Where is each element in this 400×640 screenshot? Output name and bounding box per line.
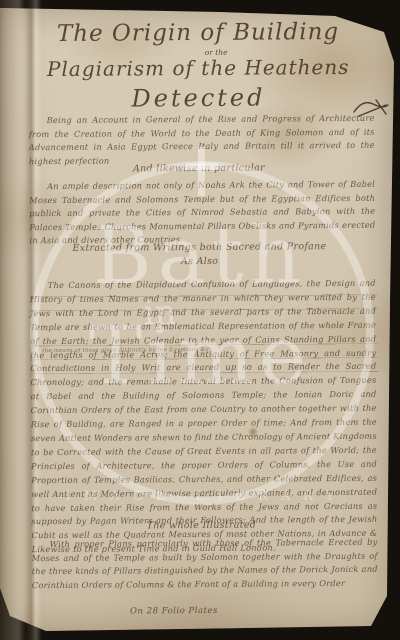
folio-note: On 28 Folio Plates xyxy=(130,606,270,617)
subheading-whole-illustrated: The whole Illustrated xyxy=(61,519,341,532)
manuscript-text: The Origin of Building or the Plagiarism… xyxy=(0,0,400,640)
subheading-extracted: Extracted from Writings both Sacred and … xyxy=(59,241,339,254)
intro-paragraph-text: Being an Account in General of the Rise … xyxy=(29,113,375,166)
body-paragraph: The Canons of the Dilapidated Confusion … xyxy=(30,277,378,558)
page-title-line1: The Origin of Building xyxy=(38,19,358,47)
illustrated-paragraph: With proper Plans particularly with thos… xyxy=(32,536,378,593)
particular-paragraph-text: An ample description not only of Noahs A… xyxy=(29,179,375,246)
photograph-of-manuscript: { "photo": { "background_color": "#14100… xyxy=(0,0,400,640)
particular-paragraph: An ample description not only of Noahs A… xyxy=(29,178,375,248)
page-title-line2: Plagiarism of the Heathens xyxy=(28,55,368,81)
subheading-as-also: As Also xyxy=(60,255,340,268)
intro-paragraph: Being an Account in General of the Rise … xyxy=(29,112,375,169)
subheading-likewise: And likewise in particular xyxy=(59,162,339,175)
page-title-line3: Detected xyxy=(98,83,298,112)
body-paragraph-text: The Canons of the Dilapidated Confusion … xyxy=(30,278,378,555)
illustrated-paragraph-text: With proper Plans particularly with thos… xyxy=(32,537,378,590)
